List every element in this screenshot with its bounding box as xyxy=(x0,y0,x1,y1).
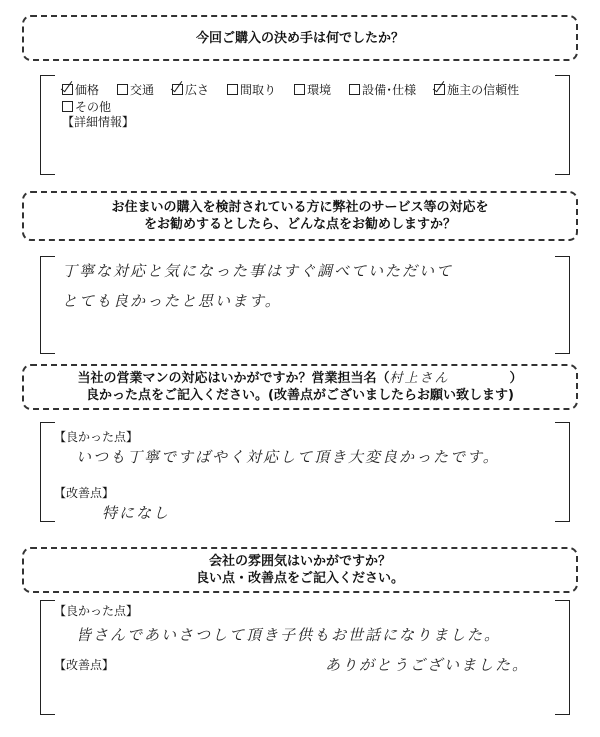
bracket-right xyxy=(555,422,570,522)
detail-label: 【詳細情報】 xyxy=(62,115,562,129)
improvement-answer: 特になし xyxy=(102,502,170,523)
bracket-left xyxy=(40,600,55,715)
question-3-header: 当社の営業マンの対応はいかがですか？営業担当名（村上さん） 良かった点をご記入く… xyxy=(22,364,578,410)
handwritten-answer-line-1: 丁寧な対応と気になった事はすぐ調べていただいて xyxy=(62,260,453,281)
checkbox-empty-icon xyxy=(227,84,238,95)
question-1-header: 今回ご購入の決め手は何でしたか？ xyxy=(22,15,578,61)
bracket-left xyxy=(40,75,55,175)
checkbox-environment[interactable]: 環境 xyxy=(294,81,331,98)
question-2-line-2: をお勧めするとしたら、どんな点をお勧めしますか？ xyxy=(144,216,456,233)
checkbox-builder-trust[interactable]: 施主の信頼性 xyxy=(434,81,519,98)
purchase-reason-checklist: 価格 交通 広さ 間取り 環境 設備･仕様 施主の信頼性 その他 【詳細情報】 xyxy=(62,81,562,129)
question-3-answer-area: 【良かった点】 いつも丁寧ですばやく対応して頂き大変良かったです。 【改善点】 … xyxy=(40,422,570,522)
question-4-line-1: 会社の雰囲気はいかがですか？ xyxy=(209,553,391,570)
good-points-label: 【良かった点】 xyxy=(54,430,138,444)
bracket-right xyxy=(555,256,570,354)
question-3-line-1: 当社の営業マンの対応はいかがですか？営業担当名（村上さん） xyxy=(77,370,522,387)
checkbox-empty-icon xyxy=(349,84,360,95)
question-2-header: お住まいの購入を検討されている方に弊社のサービス等の対応を をお勧めするとしたら… xyxy=(22,191,578,241)
bracket-right xyxy=(555,600,570,715)
checkbox-size[interactable]: 広さ xyxy=(172,81,209,98)
checkbox-price[interactable]: 価格 xyxy=(62,81,99,98)
checkbox-layout[interactable]: 間取り xyxy=(227,81,276,98)
bracket-left xyxy=(40,256,55,354)
good-points-label: 【良かった点】 xyxy=(54,604,138,618)
good-points-answer: いつも丁寧ですばやく対応して頂き大変良かったです。 xyxy=(76,446,500,467)
checkbox-checked-icon xyxy=(172,84,183,95)
checkbox-other[interactable]: その他 xyxy=(62,98,544,115)
checkbox-empty-icon xyxy=(294,84,305,95)
question-1-text: 今回ご購入の決め手は何でしたか？ xyxy=(196,30,404,47)
checkbox-empty-icon xyxy=(62,101,73,112)
question-3-line-2: 良かった点をご記入ください。(改善点がございましたらお願い致します) xyxy=(86,387,514,404)
question-4-line-2: 良い点・改善点をご記入ください。 xyxy=(196,570,404,587)
checkbox-checked-icon xyxy=(434,84,445,95)
checkbox-checked-icon xyxy=(62,84,73,95)
question-4-header: 会社の雰囲気はいかがですか？ 良い点・改善点をご記入ください。 xyxy=(22,547,578,593)
improvement-label: 【改善点】 xyxy=(54,486,114,500)
handwritten-answer-line-2: とても良かったと思います。 xyxy=(62,290,282,311)
question-4-answer-area: 【良かった点】 皆さんであいさつして頂き子供もお世話になりました。 【改善点】 … xyxy=(40,600,570,715)
checkbox-transport[interactable]: 交通 xyxy=(117,81,154,98)
good-points-answer: 皆さんであいさつして頂き子供もお世話になりました。 xyxy=(76,624,501,645)
checkbox-equipment[interactable]: 設備･仕様 xyxy=(349,81,416,98)
sales-rep-name: 村上さん xyxy=(390,370,510,387)
checkbox-empty-icon xyxy=(117,84,128,95)
improvement-label: 【改善点】 xyxy=(54,658,114,672)
question-2-line-1: お住まいの購入を検討されている方に弊社のサービス等の対応を xyxy=(111,199,488,216)
question-1-answer-area: 価格 交通 広さ 間取り 環境 設備･仕様 施主の信頼性 その他 【詳細情報】 xyxy=(40,75,570,175)
question-2-answer-area: 丁寧な対応と気になった事はすぐ調べていただいて とても良かったと思います。 xyxy=(40,256,570,354)
improvement-answer: ありがとうございました。 xyxy=(325,654,529,675)
bracket-left xyxy=(40,422,55,522)
